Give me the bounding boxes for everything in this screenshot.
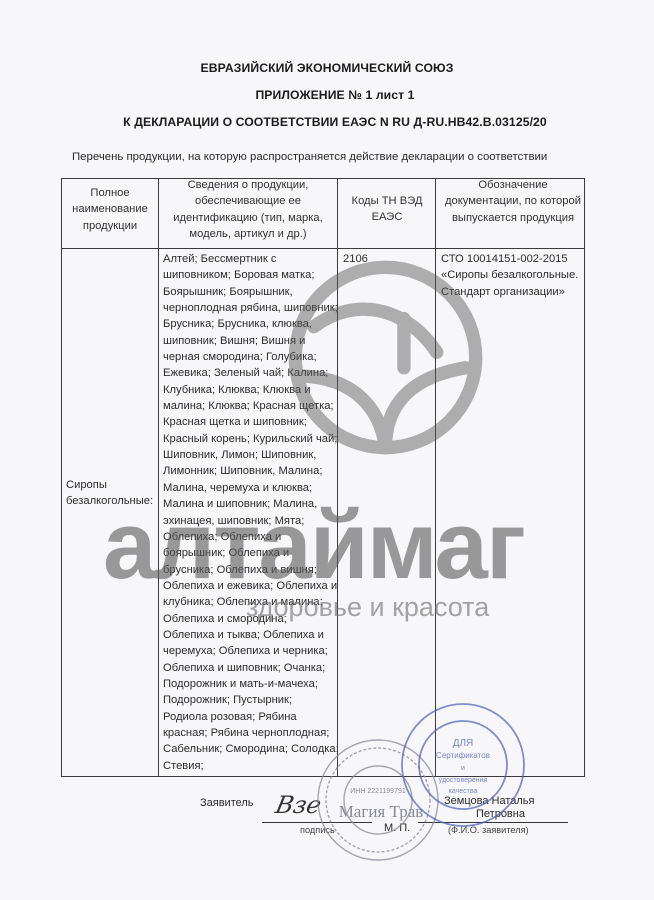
column-divider bbox=[158, 179, 159, 776]
table-row-product-details: Алтей; Бессмертник с шиповником; Боровая… bbox=[163, 251, 339, 774]
applicant-label: Заявитель bbox=[200, 797, 254, 809]
header-divider bbox=[62, 248, 584, 249]
name-line bbox=[418, 822, 568, 823]
name-caption: (Ф.И.О. заявителя) bbox=[448, 825, 529, 835]
table-row-code: 2106 bbox=[343, 251, 433, 267]
intro-text: Перечень продукции, на которую распростр… bbox=[72, 151, 547, 163]
column-header-documentation: Обозначение документации, по которой вып… bbox=[444, 177, 582, 226]
svg-text:качества: качества bbox=[449, 788, 478, 795]
appendix-title: ПРИЛОЖЕНИЕ № 1 лист 1 bbox=[8, 88, 654, 102]
table-row-standard: СТО 10014151-002-2015 «Сиропы безалкогол… bbox=[441, 251, 586, 300]
products-table: Полное наименование продукции Сведения о… bbox=[61, 178, 585, 777]
applicant-name-second: Петровна bbox=[476, 808, 525, 820]
column-header-codes: Коды ТН ВЭД ЕАЭС bbox=[344, 193, 430, 226]
svg-text:удостоверения: удостоверения bbox=[439, 777, 488, 784]
column-header-name: Полное наименование продукции bbox=[64, 185, 156, 234]
table-row-product-name: Сиропы безалкогольные: bbox=[66, 477, 158, 510]
applicant-name-first: Земцова Наталья bbox=[444, 795, 534, 807]
signature-line bbox=[262, 822, 372, 823]
svg-text:Магия Трав: Магия Трав bbox=[339, 802, 424, 821]
handwritten-signature: Взе bbox=[273, 791, 324, 819]
seal-caption: М. П. bbox=[384, 822, 410, 834]
column-divider bbox=[435, 179, 436, 776]
signature-caption: подпись bbox=[300, 825, 335, 835]
svg-text:ИНН 2221199791: ИНН 2221199791 bbox=[350, 788, 406, 795]
union-title: ЕВРАЗИЙСКИЙ ЭКОНОМИЧЕСКИЙ СОЮЗ bbox=[0, 61, 654, 75]
column-header-details: Сведения о продукции, обеспечивающие ее … bbox=[162, 177, 334, 243]
declaration-number: К ДЕКЛАРАЦИИ О СООТВЕТСТВИИ ЕАЭС N RU Д-… bbox=[8, 115, 654, 129]
